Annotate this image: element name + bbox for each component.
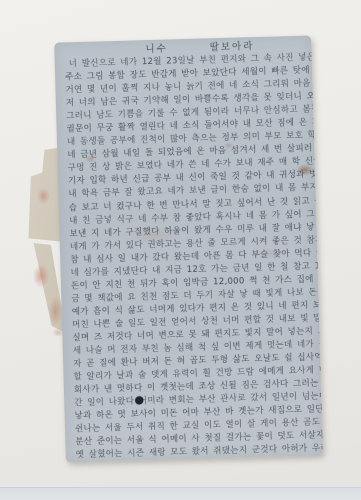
letter-paper: 니수 딸보아라 너 발신으로 네가 12월 23일날 부친 편지와 그 속 사진…: [54, 35, 323, 462]
title-right: 딸보아라: [210, 40, 255, 54]
title-left: 니수: [145, 43, 168, 57]
table-edge: [0, 487, 361, 500]
